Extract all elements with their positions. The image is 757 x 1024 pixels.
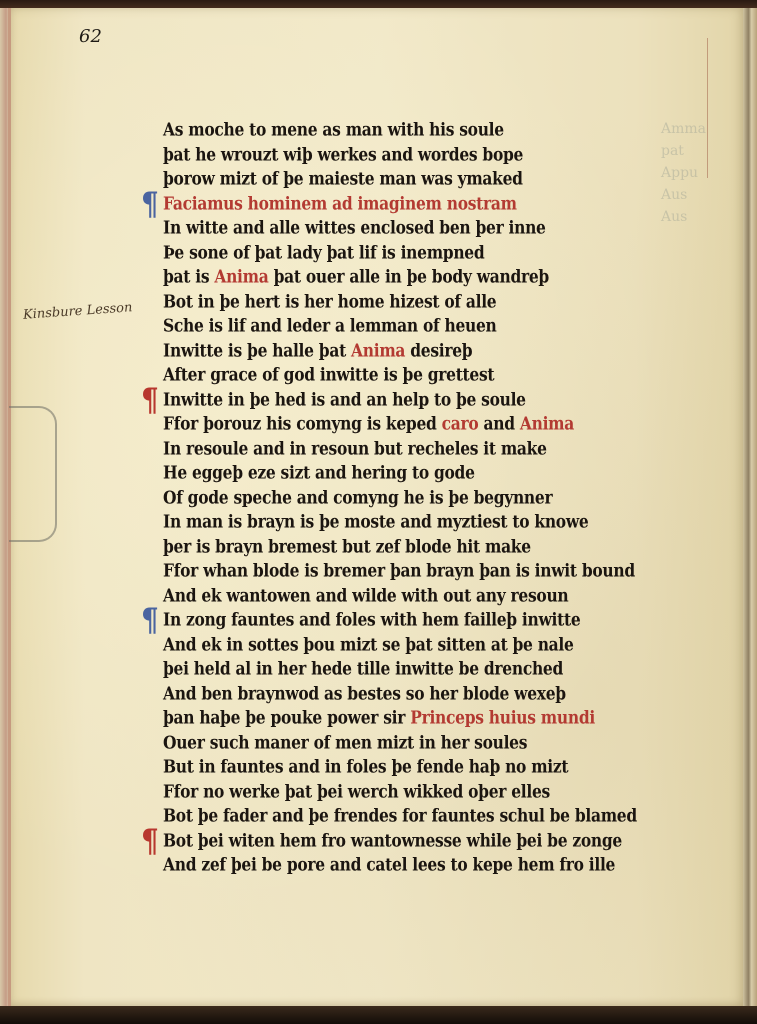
text-line: But in fauntes and in foles þe fende haþ… xyxy=(163,755,757,783)
book-binding-bottom-edge xyxy=(0,1006,757,1024)
rubricated-text: Faciamus hominem ad imaginem nostram xyxy=(163,192,517,214)
rubricated-text: caro xyxy=(442,412,479,434)
text-line: þorow mizt of þe maieste man was ymaked xyxy=(163,167,757,195)
text-line: After grace of god inwitte is þe grettes… xyxy=(163,363,757,391)
paraph-mark-blue-icon: ¶ xyxy=(141,606,159,636)
margin-annotation: Kinsbure Lesson xyxy=(23,300,134,324)
text-line: þat is Anima þat ouer alle in þe body wa… xyxy=(163,265,757,293)
rubricated-text: Anima xyxy=(214,265,268,287)
text-line: Ffor whan blode is bremer þan brayn þan … xyxy=(163,559,757,587)
text-line: Sche is lif and leder a lemman of heuen xyxy=(163,314,757,342)
text-line: þei held al in her hede tille inwitte be… xyxy=(163,657,757,685)
rubricated-text: Anima xyxy=(351,339,405,361)
text-line: Ffor þorouz his comyng is keped caro and… xyxy=(163,412,757,440)
page-clip-shadow xyxy=(9,406,57,542)
paraph-mark-red-icon: ¶ xyxy=(141,385,159,415)
paraph-mark-red-icon: ¶ xyxy=(141,826,159,856)
text-line: In witte and alle wittes enclosed ben þe… xyxy=(163,216,757,244)
text-line: Bot þe fader and þe frendes for fauntes … xyxy=(163,804,757,832)
text-line: þan haþe þe pouke power sir Princeps hui… xyxy=(163,706,757,734)
rubricated-text: Anima xyxy=(520,412,574,434)
text-line: In man is brayn is þe moste and myztiest… xyxy=(163,510,757,538)
folio-number: 62 xyxy=(79,26,102,47)
text-line: And zef þei be pore and catel lees to ke… xyxy=(163,853,757,881)
text-line: As moche to mene as man with his soule xyxy=(163,118,757,146)
book-gutter-right xyxy=(743,8,757,1008)
rubricated-text: Princeps huius mundi xyxy=(410,706,595,728)
text-line: ¶ In zong fauntes and foles with hem fai… xyxy=(163,608,757,636)
text-line: He eggeþ eze sizt and hering to gode xyxy=(163,461,757,489)
manuscript-page: 62 Kinsbure Lesson Amma pat Appu Aus Aus… xyxy=(8,8,746,1008)
manuscript-text-block: As moche to mene as man with his soule þ… xyxy=(163,120,757,880)
paraph-mark-blue-icon: ¶ xyxy=(141,189,159,219)
